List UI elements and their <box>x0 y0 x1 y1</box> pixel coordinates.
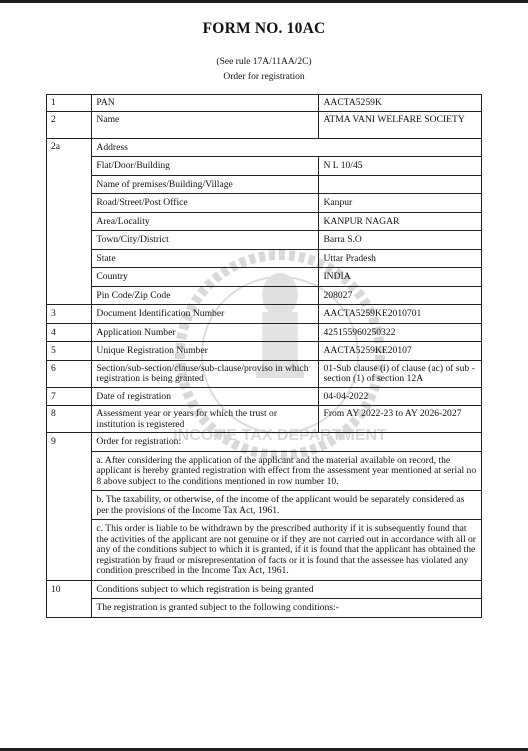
din-value: AACTA5259KE2010701 <box>319 305 482 324</box>
conditions-row: The registration is granted subject to t… <box>47 599 482 618</box>
field-label: Town/City/District <box>92 231 319 250</box>
address-heading: Address <box>92 138 482 157</box>
application-number-value: 425155960250322 <box>319 323 482 342</box>
assessment-year-value: From AY 2022-23 to AY 2026-2027 <box>319 406 482 433</box>
order-clause-c: c. This order is liable to be withdrawn … <box>92 520 482 581</box>
serial-number: 10 <box>47 580 92 617</box>
order-clause-a: a. After considering the application of … <box>92 451 482 491</box>
rule-reference: (See rule 17A/11AA/2C) <box>0 55 528 70</box>
table-row-urn: 5 Unique Registration Number AACTA5259KE… <box>47 342 482 361</box>
table-row-conditions: 10 Conditions subject to which registrat… <box>47 580 482 599</box>
country-value: INDIA <box>319 268 482 287</box>
order-clause-b: b. The taxability, or otherwise, of the … <box>92 491 482 520</box>
address-row: State Uttar Pradesh <box>47 249 482 268</box>
field-label: Area/Locality <box>92 212 319 231</box>
table-row-address: 2a Address <box>47 138 482 157</box>
form-title: FORM NO. 10AC <box>0 20 528 38</box>
address-row: Town/City/District Barra S.O <box>47 231 482 250</box>
urn-value: AACTA5259KE20107 <box>319 342 482 361</box>
state-value: Uttar Pradesh <box>319 249 482 268</box>
field-label: Section/sub-section/clause/sub-clause/pr… <box>92 360 319 387</box>
order-clause-row: b. The taxability, or otherwise, of the … <box>47 491 482 520</box>
field-label: Pin Code/Zip Code <box>92 286 319 305</box>
top-edge-bar <box>0 0 528 3</box>
form-subtitle: (See rule 17A/11AA/2C) Order for registr… <box>0 55 528 85</box>
serial-number: 2 <box>47 111 92 138</box>
field-label: Name <box>92 111 319 138</box>
order-heading: Order for registration: <box>92 433 482 452</box>
flat-door-value: N L 10/45 <box>319 157 482 176</box>
field-label: Road/Street/Post Office <box>92 194 319 213</box>
table-row-application: 4 Application Number 425155960250322 <box>47 323 482 342</box>
field-label: Flat/Door/Building <box>92 157 319 176</box>
section-value: 01-Sub clause (i) of clause (ac) of sub … <box>319 360 482 387</box>
field-label: Name of premises/Building/Village <box>92 175 319 194</box>
name-value: ATMA VANI WELFARE SOCIETY <box>319 111 482 138</box>
order-clause-row: a. After considering the application of … <box>47 451 482 491</box>
date-value: 04-04-2022 <box>319 387 482 406</box>
serial-number: 9 <box>47 433 92 581</box>
order-clause-row: c. This order is liable to be withdrawn … <box>47 520 482 581</box>
town-city-value: Barra S.O <box>319 231 482 250</box>
address-row: Road/Street/Post Office Kanpur <box>47 194 482 213</box>
road-street-value: Kanpur <box>319 194 482 213</box>
serial-number: 7 <box>47 387 92 406</box>
table-row-din: 3 Document Identification Number AACTA52… <box>47 305 482 324</box>
field-label: Document Identification Number <box>92 305 319 324</box>
field-label: State <box>92 249 319 268</box>
field-label: Unique Registration Number <box>92 342 319 361</box>
serial-number: 1 <box>47 95 92 112</box>
serial-number: 4 <box>47 323 92 342</box>
table-row-name: 2 Name ATMA VANI WELFARE SOCIETY <box>47 111 482 138</box>
conditions-heading: Conditions subject to which registration… <box>92 580 482 599</box>
table-row-pan: 1 PAN AACTA5259K <box>47 95 482 112</box>
address-row: Pin Code/Zip Code 208027 <box>47 286 482 305</box>
address-row: Flat/Door/Building N L 10/45 <box>47 157 482 176</box>
premises-value <box>319 175 482 194</box>
conditions-text: The registration is granted subject to t… <box>92 599 482 618</box>
address-row: Name of premises/Building/Village <box>47 175 482 194</box>
field-label: Assessment year or years for which the t… <box>92 406 319 433</box>
serial-number: 3 <box>47 305 92 324</box>
field-label: Date of registration <box>92 387 319 406</box>
address-row: Country INDIA <box>47 268 482 287</box>
field-label: Country <box>92 268 319 287</box>
serial-number: 2a <box>47 138 92 305</box>
serial-number: 6 <box>47 360 92 387</box>
table-row-order: 9 Order for registration: <box>47 433 482 452</box>
serial-number: 5 <box>47 342 92 361</box>
pin-code-value: 208027 <box>319 286 482 305</box>
pan-value: AACTA5259K <box>319 95 482 112</box>
field-label: PAN <box>92 95 319 112</box>
table-row-section: 6 Section/sub-section/clause/sub-clause/… <box>47 360 482 387</box>
table-row-assessment-year: 8 Assessment year or years for which the… <box>47 406 482 433</box>
address-row: Area/Locality KANPUR NAGAR <box>47 212 482 231</box>
table-row-date: 7 Date of registration 04-04-2022 <box>47 387 482 406</box>
field-label: Application Number <box>92 323 319 342</box>
area-locality-value: KANPUR NAGAR <box>319 212 482 231</box>
registration-form-table: 1 PAN AACTA5259K 2 Name ATMA VANI WELFAR… <box>46 94 482 618</box>
serial-number: 8 <box>47 406 92 433</box>
order-heading: Order for registration <box>0 70 528 85</box>
